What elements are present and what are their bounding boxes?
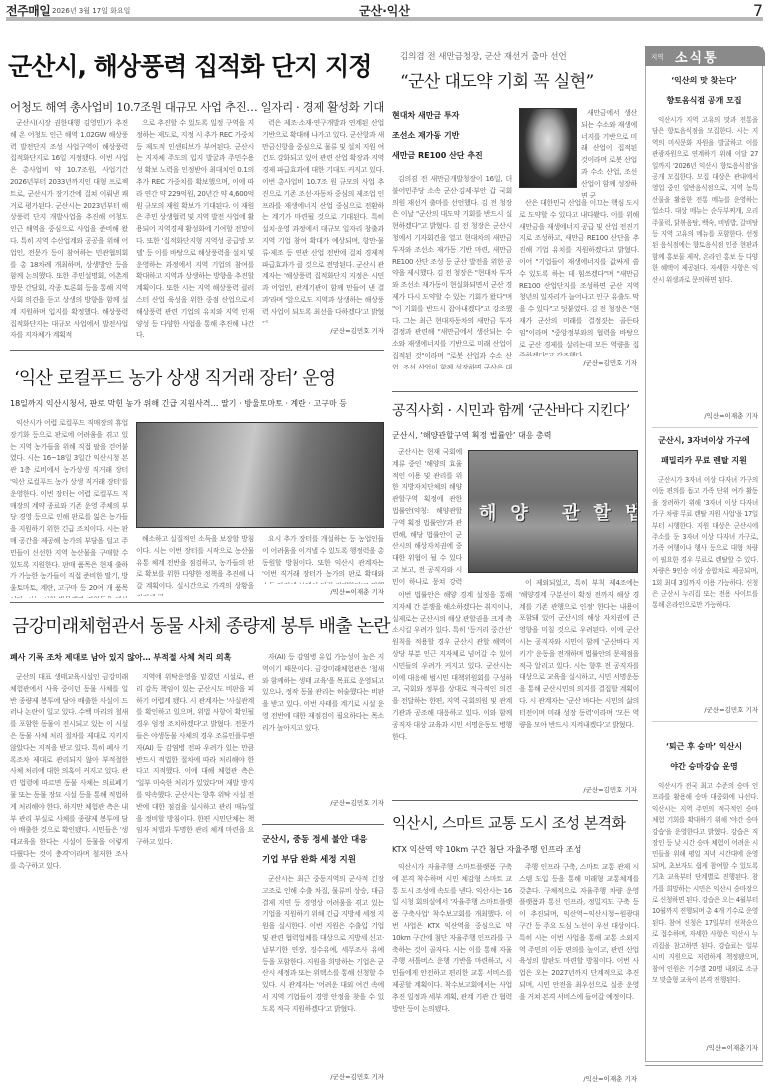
subhead: 조선소 재가동 기반 [392, 126, 512, 146]
quote-column-left: 김의겸 전 새만금개발청장이 16일, 더불어민주당 소속 군산·김제·부안 갑… [392, 174, 512, 369]
localfood-column-1: 익산시가 어렵 로컬푸드 직매장의 휴업 장기화 등으로 판로에 어려움을 겪고… [10, 418, 128, 598]
lead-byline: /군산=김민호 기자 [262, 326, 384, 335]
sidebar-item-title: ‘익산의 맛 찾는다’ 향토음식점 공개 모집 [646, 71, 762, 111]
sea-column-left: 이번 법률안은 해양 경계 설정을 통해 지자체 간 분쟁을 해소하겠다는 취지… [392, 590, 512, 780]
smart-column-1: 익산시가 자율주행 스마트플랫폼 구축에 본격 착수하며 시민 체감형 스마트 … [392, 862, 512, 1082]
animal-subheadline: 폐사 기록 조차 제대로 남아 있지 않아… 부적절 사체 처리 의혹 [10, 652, 231, 663]
quote-column-right: 산은 대한민국 산업을 이끄는 핵심 도시로 도약할 수 있다고 내다봤다. 이… [519, 198, 639, 356]
sidebar-label-big: 소식통 [675, 47, 719, 66]
animal-byline: /군산=김민호 기자 [262, 798, 384, 807]
sea-column-narrow: 군산시는 현재 국회에 계류 중인 '해양의 효율적인 이용 및 관리를 위한 … [392, 447, 462, 587]
sidebar-item-body: 군산시가 3자녀 이상 다자녀 가구의 이동 편의를 돕고 가족 단위 여가 활… [652, 475, 758, 703]
quote-byline: /군산=김민호 기자 [519, 358, 637, 367]
tax-headline-line: 기업 부담 완화 세정 지원 [262, 850, 384, 870]
quote-side-text: 새만금에서 생산되는 수소와 재생에너지를 기반으로 미래 산업이 집적된 것이… [581, 108, 637, 198]
market-photo [136, 422, 384, 528]
portrait-photo [519, 108, 577, 188]
sidebar-header: 지역 소식통 [645, 46, 765, 66]
localfood-column-3: 요시 추가 장터를 개설하는 등 농업인들이 어려움을 이겨낼 수 있도록 행정… [262, 534, 384, 584]
localfood-byline: /익산=이재춘 기자 [262, 587, 384, 596]
localfood-subheadline: 18일까지 익산시청서, 판로 막힌 농가 위해 긴급 지원사격… 딸기 · 방… [10, 398, 347, 409]
animal-column-1: 군산의 대표 생태교육시설인 금강미래체험관에서 사육 중이던 동물 사체를 일… [10, 672, 128, 1082]
sidebar-item-body: 익산시가 전국 최고 수준의 승마 인프라를 활용해 승마 대중화에 나선다. … [652, 781, 758, 1039]
animal-headline: 금강미래체험관서 동물 사체 종량제 봉투 배출 논란 [12, 612, 390, 638]
sidebar-label-small: 지역 [651, 52, 664, 61]
smart-subheadline: KTX 익산역 약 10km 구간 첨단 자율주행 인프라 조성 [392, 844, 581, 855]
divider [652, 427, 758, 428]
sidebar-item-byline: /익산=이재춘기자 [652, 1043, 758, 1052]
localfood-headline: ‘익산 로컬푸드 농가 상생 직거래 장터’ 운영 [14, 364, 335, 390]
rally-photo: 해양 관할법 즉각 폐기 [468, 450, 638, 573]
sidebar-item-body: 익산시가 지역 고유의 맛과 전통을 담은 향토음식점을 모집한다. 시는 지역… [652, 115, 758, 410]
divider [262, 824, 384, 825]
divider [392, 391, 638, 392]
lead-headline: 군산시, 해상풍력 집적화 단지 지정 [8, 47, 371, 83]
sidebar-bottom-rule [645, 1065, 763, 1066]
lead-column-3: 력은 제조·소재·연구개발과 연계된 산업 기반으로 확대해 나가고 있다. 군… [262, 118, 384, 323]
lead-subheadline: 어청도 해역 총사업비 10.7조원 대규모 사업 추진… 일자리 · 경제 활… [10, 99, 384, 115]
divider [392, 800, 638, 801]
local-news-sidebar: 지역 소식통 ‘익산의 맛 찾는다’ 향토음식점 공개 모집 익산시가 지역 고… [645, 47, 763, 1062]
subhead: 새만금 RE100 산단 추진 [392, 146, 512, 166]
tax-headline-line: 군산시, 중동 정세 불안 대응 [262, 830, 384, 850]
sidebar-item-byline: /익산=이재춘 기자 [652, 411, 758, 420]
rally-banner-text: 해양 관할법 즉각 폐기 [479, 499, 627, 525]
smart-headline: 익산시, 스마트 교통 도시 조성 본격화 [392, 812, 625, 833]
lead-column-2: 으로 추진할 수 있도록 일정 구역을 지정하는 제도로, 지정 시 추가 RE… [136, 118, 254, 338]
subhead: 현대차 새만금 투자 [392, 106, 512, 126]
sea-headline: 공직사회 · 시민과 함께 ‘군산바다 지킨다’ [392, 400, 630, 420]
lead-column-1: 군산시(시장 권한대행 김영민)가 추진해 온 어청도 인근 해역 1.02GW… [10, 118, 128, 338]
quote-subheads: 현대차 새만금 투자 조선소 재가동 기반 새만금 RE100 산단 추진 [392, 106, 512, 166]
tax-body: 군산시는 최근 중동지역의 군사적 긴장 고조로 인해 수출 차질, 물류비 상… [262, 874, 384, 1069]
smart-column-2: 주행 인프라 구축, 스마트 교통 관제 시스템 도입 등을 통해 미래형 교통… [519, 862, 639, 1070]
divider [652, 721, 758, 722]
divider [10, 350, 384, 351]
localfood-column-2: 해소하고 실질적인 소득을 보장할 방침이다. 시는 이번 장터를 시작으로 농… [136, 534, 254, 596]
animal-column-3: 자(AI) 등 감염병 유입 가능성이 높은 지역이기 때문이다. 금강미래체험… [262, 652, 384, 794]
sea-byline: /군산=김민호 기자 [519, 785, 637, 794]
sea-column-right: 이 제외되었고, 특히 부칙 제4조에는 '해양경계 구분선이 확정 전까지 해… [519, 578, 639, 780]
sidebar-item-title: 군산시, 3자녀이상 가구에 패밀리카 무료 렌탈 지원 [646, 431, 762, 471]
tax-byline: /군산=김민호 기자 [262, 1072, 384, 1081]
smart-byline: /익산=이재춘 기자 [519, 1074, 637, 1083]
tax-headline: 군산시, 중동 정세 불안 대응 기업 부담 완화 세정 지원 [262, 830, 384, 870]
sea-subheadline: 군산시, ‘해양관할구역 획정 법률안’ 대응 총력 [392, 430, 551, 441]
sidebar-item-title: ‘퇴근 후 승마’ 익산시 야간 승마강습 운영 [646, 737, 762, 777]
quote-headline: “군산 대도약 기회 꼭 실현” [400, 67, 594, 92]
divider [10, 602, 384, 603]
quote-kicker: 김의겸 전 새만금청장, 군산 재선거 출마 선언 [400, 50, 567, 62]
sidebar-item-byline: /군산=김민호 기자 [652, 705, 758, 714]
animal-column-2: 지역에 위탁운영을 맡겼던 시설로, 관리 감독 책임이 있는 군산시도 비판을… [136, 672, 254, 1082]
masthead-rule [6, 17, 763, 21]
